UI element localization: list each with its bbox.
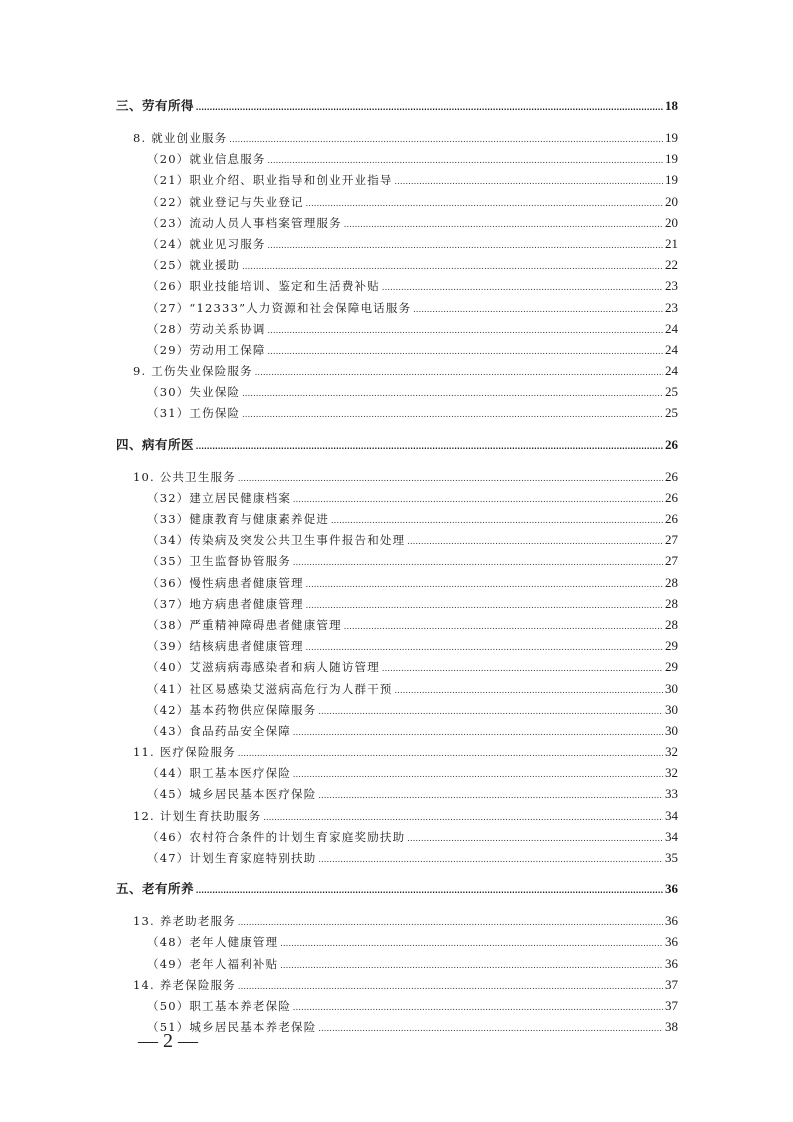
dot-leader <box>196 96 663 118</box>
toc-item[interactable]: （29）劳动用工保障24 <box>116 339 678 360</box>
dot-leader <box>268 235 663 256</box>
toc-page-number: 19 <box>665 148 678 169</box>
toc-item[interactable]: （26）职业技能培训、鉴定和生活费补贴23 <box>116 275 678 296</box>
toc-page-number: 25 <box>665 381 678 402</box>
toc-page-number: 24 <box>665 339 678 360</box>
toc-page-number: 23 <box>665 297 678 318</box>
dot-leader <box>242 404 663 425</box>
toc-label: （50）职工基本养老保险 <box>147 996 291 1017</box>
toc-page-number: 37 <box>665 995 678 1016</box>
toc-item[interactable]: （21）职业介绍、职业指导和创业开业指导19 <box>116 169 678 190</box>
toc-page-number: 23 <box>665 275 678 296</box>
toc-item[interactable]: （49）老年人福利补贴36 <box>116 953 678 974</box>
toc-label: 13. 养老助老服务 <box>133 911 236 932</box>
toc-item[interactable]: （41）社区易感染艾滋病高危行为人群干预30 <box>116 678 678 699</box>
dot-leader <box>238 468 663 489</box>
toc-label: （35）卫生监督协管服务 <box>147 551 291 572</box>
toc-label: 14. 养老保险服务 <box>133 975 236 996</box>
dot-leader <box>293 722 663 743</box>
dot-leader <box>306 193 663 214</box>
toc-label: （30）失业保险 <box>147 382 240 403</box>
dot-leader <box>344 214 663 235</box>
toc-label: 五、老有所养 <box>116 878 194 900</box>
dot-leader <box>238 912 663 933</box>
toc-item[interactable]: （22）就业登记与失业登记20 <box>116 191 678 212</box>
dot-leader <box>263 807 663 828</box>
toc-page-number: 27 <box>665 550 678 571</box>
dot-leader <box>242 383 663 404</box>
toc-label: （41）社区易感染艾滋病高危行为人群干预 <box>147 679 393 700</box>
dot-leader <box>344 616 663 637</box>
dot-leader <box>318 785 663 806</box>
dot-leader <box>306 637 663 658</box>
dot-leader <box>293 764 663 785</box>
dot-leader <box>196 879 663 901</box>
toc-label: （34）传染病及突发公共卫生事件报告和处理 <box>147 530 405 551</box>
dot-leader <box>238 743 663 764</box>
dot-leader <box>293 489 663 510</box>
dot-leader <box>395 171 663 192</box>
toc-label: （39）结核病患者健康管理 <box>147 636 304 657</box>
dot-leader <box>306 574 663 595</box>
toc-item[interactable]: （51）城乡居民基本养老保险38 <box>116 1016 678 1037</box>
toc-label: （31）工伤保险 <box>147 403 240 424</box>
dot-leader <box>196 435 663 457</box>
toc-item[interactable]: （32）建立居民健康档案26 <box>116 487 678 508</box>
toc-page-number: 21 <box>665 233 678 254</box>
toc-label: （25）就业援助 <box>147 255 240 276</box>
toc-item[interactable]: （27）“12333”人力资源和社会保障电话服务23 <box>116 297 678 318</box>
toc-item[interactable]: （50）职工基本养老保险37 <box>116 995 678 1016</box>
toc-item[interactable]: （25）就业援助22 <box>116 254 678 275</box>
toc-item[interactable]: （28）劳动关系协调24 <box>116 318 678 339</box>
toc-item[interactable]: （23）流动人员人事档案管理服务20 <box>116 212 678 233</box>
toc-item[interactable]: （24）就业见习服务21 <box>116 233 678 254</box>
toc-item[interactable]: （43）食品药品安全保障30 <box>116 720 678 741</box>
toc-item[interactable]: （31）工伤保险25 <box>116 402 678 423</box>
toc-page-number: 34 <box>665 805 678 826</box>
toc-item[interactable]: （20）就业信息服务19 <box>116 148 678 169</box>
toc-item[interactable]: （45）城乡居民基本医疗保险33 <box>116 783 678 804</box>
toc-item[interactable]: （34）传染病及突发公共卫生事件报告和处理27 <box>116 529 678 550</box>
toc-item[interactable]: （37）地方病患者健康管理28 <box>116 593 678 614</box>
toc-label: （37）地方病患者健康管理 <box>147 594 304 615</box>
toc-page-number: 33 <box>665 783 678 804</box>
toc-label: （27）“12333”人力资源和社会保障电话服务 <box>147 298 411 319</box>
toc-item[interactable]: （33）健康教育与健康素养促进26 <box>116 508 678 529</box>
toc-label: （36）慢性病患者健康管理 <box>147 573 304 594</box>
toc-item[interactable]: （36）慢性病患者健康管理28 <box>116 572 678 593</box>
toc-label: （49）老年人福利补贴 <box>147 954 278 975</box>
toc-page-number: 35 <box>665 847 678 868</box>
toc-page-number: 30 <box>665 720 678 741</box>
toc-page-number: 34 <box>665 826 678 847</box>
toc-page-number: 30 <box>665 678 678 699</box>
toc-item[interactable]: （30）失业保险25 <box>116 381 678 402</box>
dot-leader <box>382 277 663 298</box>
page-number-footer: — 2 — <box>138 1030 198 1053</box>
toc-page-number: 20 <box>665 212 678 233</box>
toc-label: （29）劳动用工保障 <box>147 340 266 361</box>
toc-page-number: 28 <box>665 593 678 614</box>
dot-leader <box>331 510 663 531</box>
toc-label: （46）农村符合条件的计划生育家庭奖励扶助 <box>147 827 405 848</box>
toc-page-number: 22 <box>665 254 678 275</box>
toc-label: 10. 公共卫生服务 <box>133 467 236 488</box>
dot-leader <box>238 976 663 997</box>
toc-page-number: 26 <box>665 434 678 456</box>
dot-leader <box>280 933 663 954</box>
toc-section[interactable]: 11. 医疗保险服务32 <box>116 741 678 762</box>
dot-leader <box>229 129 663 150</box>
dot-leader <box>268 150 663 171</box>
toc-item[interactable]: （44）职工基本医疗保险32 <box>116 762 678 783</box>
toc-label: （33）健康教育与健康素养促进 <box>147 509 329 530</box>
toc-page-number: 36 <box>665 878 678 900</box>
toc-page-number: 28 <box>665 572 678 593</box>
toc-heading[interactable]: 五、老有所养36 <box>116 878 678 900</box>
toc-label: （28）劳动关系协调 <box>147 319 266 340</box>
toc-label: （23）流动人员人事档案管理服务 <box>147 213 342 234</box>
toc-item[interactable]: （46）农村符合条件的计划生育家庭奖励扶助34 <box>116 826 678 847</box>
dot-leader <box>255 362 663 383</box>
toc-label: （26）职业技能培训、鉴定和生活费补贴 <box>147 276 380 297</box>
toc-heading[interactable]: 四、病有所医26 <box>116 434 678 456</box>
toc-section[interactable]: 8. 就业创业服务19 <box>116 127 678 148</box>
dot-leader <box>407 531 663 552</box>
dot-leader <box>407 828 663 849</box>
toc-label: 11. 医疗保险服务 <box>133 742 236 763</box>
dot-leader <box>395 680 663 701</box>
toc-page-number: 26 <box>665 466 678 487</box>
dot-leader <box>268 341 663 362</box>
dot-leader <box>318 701 663 722</box>
toc-page-number: 26 <box>665 508 678 529</box>
toc-label: 三、劳有所得 <box>116 95 194 117</box>
toc-page-number: 19 <box>665 127 678 148</box>
toc-page-number: 25 <box>665 402 678 423</box>
dot-leader <box>268 320 663 341</box>
toc-item[interactable]: （39）结核病患者健康管理29 <box>116 635 678 656</box>
toc-item[interactable]: （48）老年人健康管理36 <box>116 931 678 952</box>
toc-page-number: 37 <box>665 974 678 995</box>
toc-item[interactable]: （47）计划生育家庭特别扶助35 <box>116 847 678 868</box>
toc-page-number: 36 <box>665 931 678 952</box>
dot-leader <box>293 997 663 1018</box>
toc-label: （24）就业见习服务 <box>147 234 266 255</box>
toc-item[interactable]: （35）卫生监督协管服务27 <box>116 550 678 571</box>
toc-item[interactable]: （42）基本药物供应保障服务30 <box>116 699 678 720</box>
toc-label: （48）老年人健康管理 <box>147 932 278 953</box>
toc-heading[interactable]: 三、劳有所得18 <box>116 95 678 117</box>
toc-label: （44）职工基本医疗保险 <box>147 763 291 784</box>
toc-page-number: 38 <box>665 1016 678 1037</box>
toc-label: （21）职业介绍、职业指导和创业开业指导 <box>147 170 393 191</box>
toc-item[interactable]: （38）严重精神障碍患者健康管理28 <box>116 614 678 635</box>
toc-label: （20）就业信息服务 <box>147 149 266 170</box>
toc-label: 9. 工伤失业保险服务 <box>133 361 253 382</box>
toc-page-number: 32 <box>665 741 678 762</box>
dot-leader <box>306 595 663 616</box>
toc-label: 8. 就业创业服务 <box>133 128 227 149</box>
toc-section[interactable]: 13. 养老助老服务36 <box>116 910 678 931</box>
toc-label: 四、病有所医 <box>116 434 194 456</box>
toc-page-number: 28 <box>665 614 678 635</box>
toc-page-number: 24 <box>665 318 678 339</box>
toc-page-number: 24 <box>665 360 678 381</box>
toc-label: （22）就业登记与失业登记 <box>147 192 304 213</box>
toc-section[interactable]: 9. 工伤失业保险服务24 <box>116 360 678 381</box>
toc-page-number: 26 <box>665 487 678 508</box>
toc-page-number: 29 <box>665 635 678 656</box>
toc-page-number: 30 <box>665 699 678 720</box>
toc-item[interactable]: （40）艾滋病病毒感染者和病人随访管理29 <box>116 656 678 677</box>
dot-leader <box>242 256 663 277</box>
toc-page-number: 32 <box>665 762 678 783</box>
toc-page-number: 36 <box>665 953 678 974</box>
toc-page-number: 18 <box>665 95 678 117</box>
dot-leader <box>318 849 663 870</box>
toc-page-number: 29 <box>665 656 678 677</box>
toc-label: （40）艾滋病病毒感染者和病人随访管理 <box>147 657 380 678</box>
toc-page-number: 36 <box>665 910 678 931</box>
toc-section[interactable]: 12. 计划生育扶助服务34 <box>116 805 678 826</box>
toc-label: （42）基本药物供应保障服务 <box>147 700 316 721</box>
dot-leader <box>293 552 663 573</box>
dot-leader <box>413 299 663 320</box>
toc-label: （38）严重精神障碍患者健康管理 <box>147 615 342 636</box>
toc-section[interactable]: 14. 养老保险服务37 <box>116 974 678 995</box>
dot-leader <box>382 658 663 679</box>
toc-page-number: 19 <box>665 169 678 190</box>
dot-leader <box>318 1018 663 1039</box>
toc-section[interactable]: 10. 公共卫生服务26 <box>116 466 678 487</box>
toc-page-number: 20 <box>665 191 678 212</box>
table-of-contents: 三、劳有所得18 8. 就业创业服务19 （20）就业信息服务19 （21）职业… <box>116 95 678 1037</box>
toc-label: （32）建立居民健康档案 <box>147 488 291 509</box>
toc-label: （45）城乡居民基本医疗保险 <box>147 784 316 805</box>
dot-leader <box>280 955 663 976</box>
toc-label: （47）计划生育家庭特别扶助 <box>147 848 316 869</box>
toc-page-number: 27 <box>665 529 678 550</box>
toc-label: （43）食品药品安全保障 <box>147 721 291 742</box>
toc-label: 12. 计划生育扶助服务 <box>133 806 261 827</box>
